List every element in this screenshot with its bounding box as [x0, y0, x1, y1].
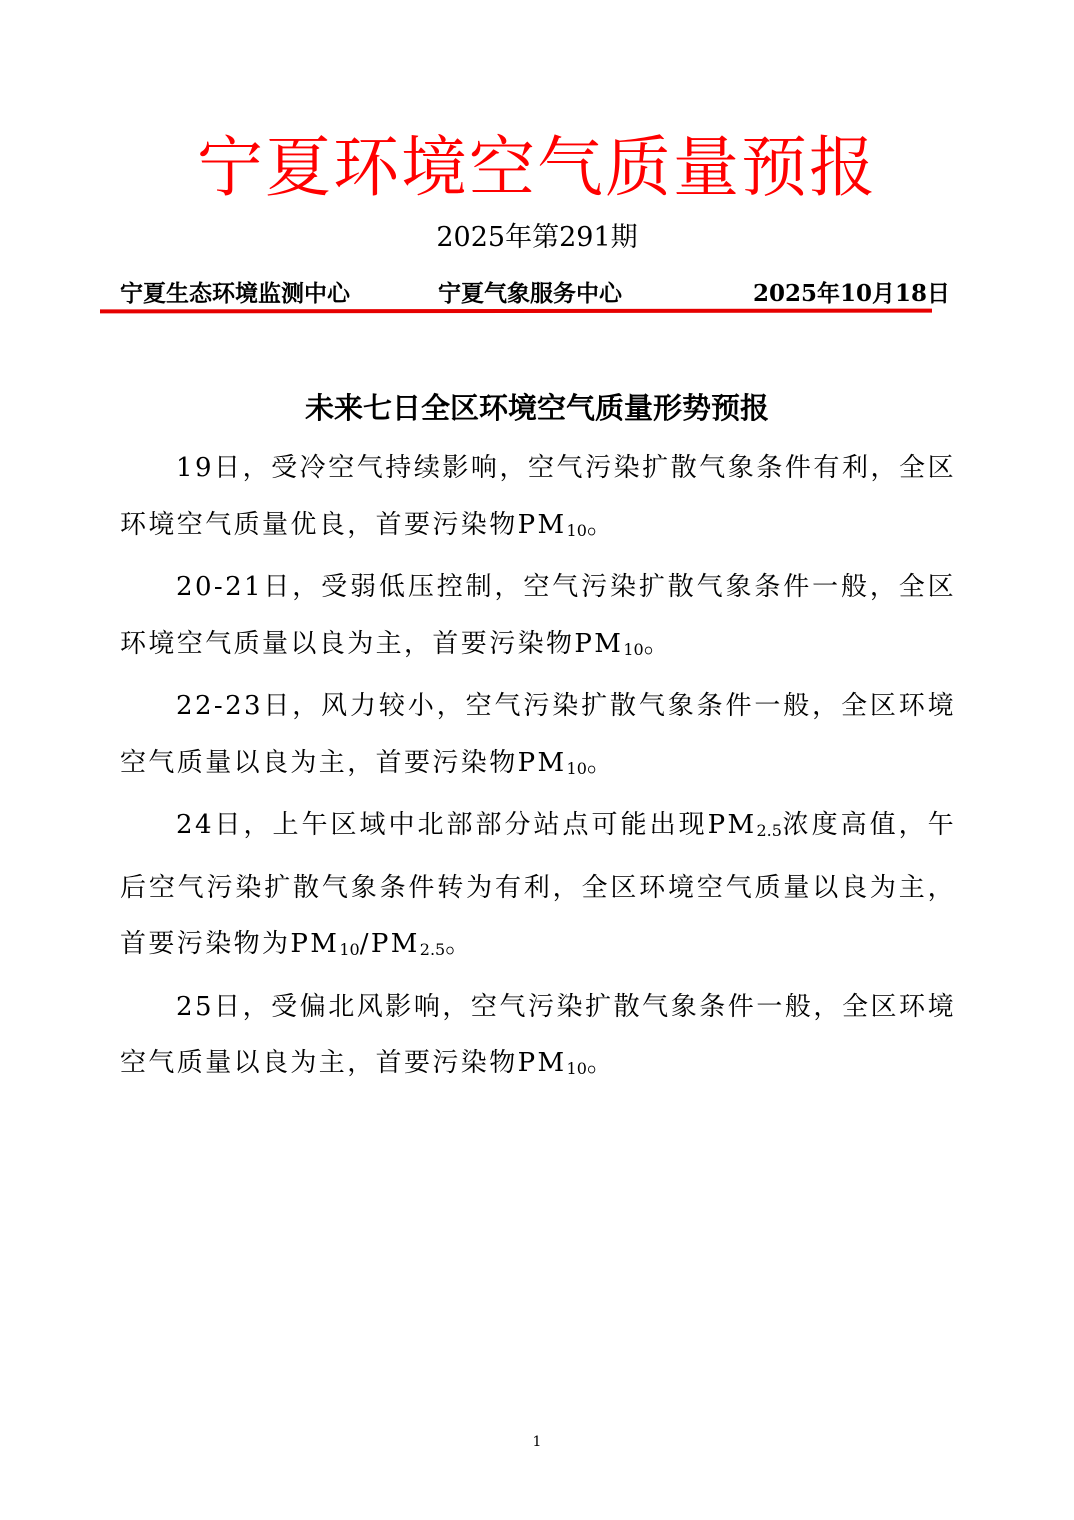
paragraph-text: 24日，上午区域中北部部分站点可能出现PM [176, 810, 757, 840]
subscript: 10 [567, 759, 587, 778]
issue-number: 2025年第291期 [0, 220, 1074, 256]
issuer-meteorological-center: 宁夏气象服务中心 [438, 278, 622, 310]
issuer-row: 宁夏生态环境监测中心 宁夏气象服务中心 2025年10月18日 [120, 278, 950, 310]
paragraph-end: 。 [587, 748, 615, 778]
forecast-paragraph-25: 25日，受偏北风影响，空气污染扩散气象条件一般，全区环境空气质量以良为主，首要污… [120, 979, 956, 1098]
paragraph-end: 。 [445, 929, 473, 959]
paragraph-text: 19日，受冷空气持续影响，空气污染扩散气象条件有利，全区环境空气质量优良，首要污… [120, 453, 956, 540]
subscript: 10 [567, 521, 587, 540]
paragraph-text: 22-23日，风力较小，空气污染扩散气象条件一般，全区环境空气质量以良为主，首要… [120, 691, 956, 778]
forecast-paragraph-22-23: 22-23日，风力较小，空气污染扩散气象条件一般，全区环境空气质量以良为主，首要… [120, 678, 956, 797]
document-title: 宁夏环境空气质量预报 [0, 128, 1074, 208]
forecast-paragraph-19: 19日，受冷空气持续影响，空气污染扩散气象条件有利，全区环境空气质量优良，首要污… [120, 440, 956, 559]
issue-date: 2025年10月18日 [753, 278, 950, 310]
red-divider [100, 309, 932, 314]
subscript: 10 [567, 1059, 587, 1078]
subscript: 2.5 [420, 940, 445, 959]
subscript: 10 [623, 640, 643, 659]
forecast-paragraph-20-21: 20-21日，受弱低压控制，空气污染扩散气象条件一般，全区环境空气质量以良为主，… [120, 559, 956, 678]
forecast-paragraph-24: 24日，上午区域中北部部分站点可能出现PM2.5浓度高值，午后空气污染扩散气象条… [120, 797, 956, 979]
forecast-body: 19日，受冷空气持续影响，空气污染扩散气象条件有利，全区环境空气质量优良，首要污… [120, 440, 956, 1098]
page-number: 1 [0, 1434, 1074, 1450]
paragraph-end: 。 [644, 629, 672, 659]
section-title: 未来七日全区环境空气质量形势预报 [0, 386, 1074, 430]
paragraph-end: 。 [587, 510, 615, 540]
paragraph-text: /PM [360, 929, 420, 959]
paragraph-end: 。 [587, 1048, 615, 1078]
subscript: 10 [339, 940, 359, 959]
paragraph-text: 25日，受偏北风影响，空气污染扩散气象条件一般，全区环境空气质量以良为主，首要污… [120, 992, 956, 1079]
subscript: 2.5 [757, 821, 782, 840]
issuer-monitoring-center: 宁夏生态环境监测中心 [120, 278, 350, 310]
paragraph-text: 20-21日，受弱低压控制，空气污染扩散气象条件一般，全区环境空气质量以良为主，… [120, 572, 956, 659]
